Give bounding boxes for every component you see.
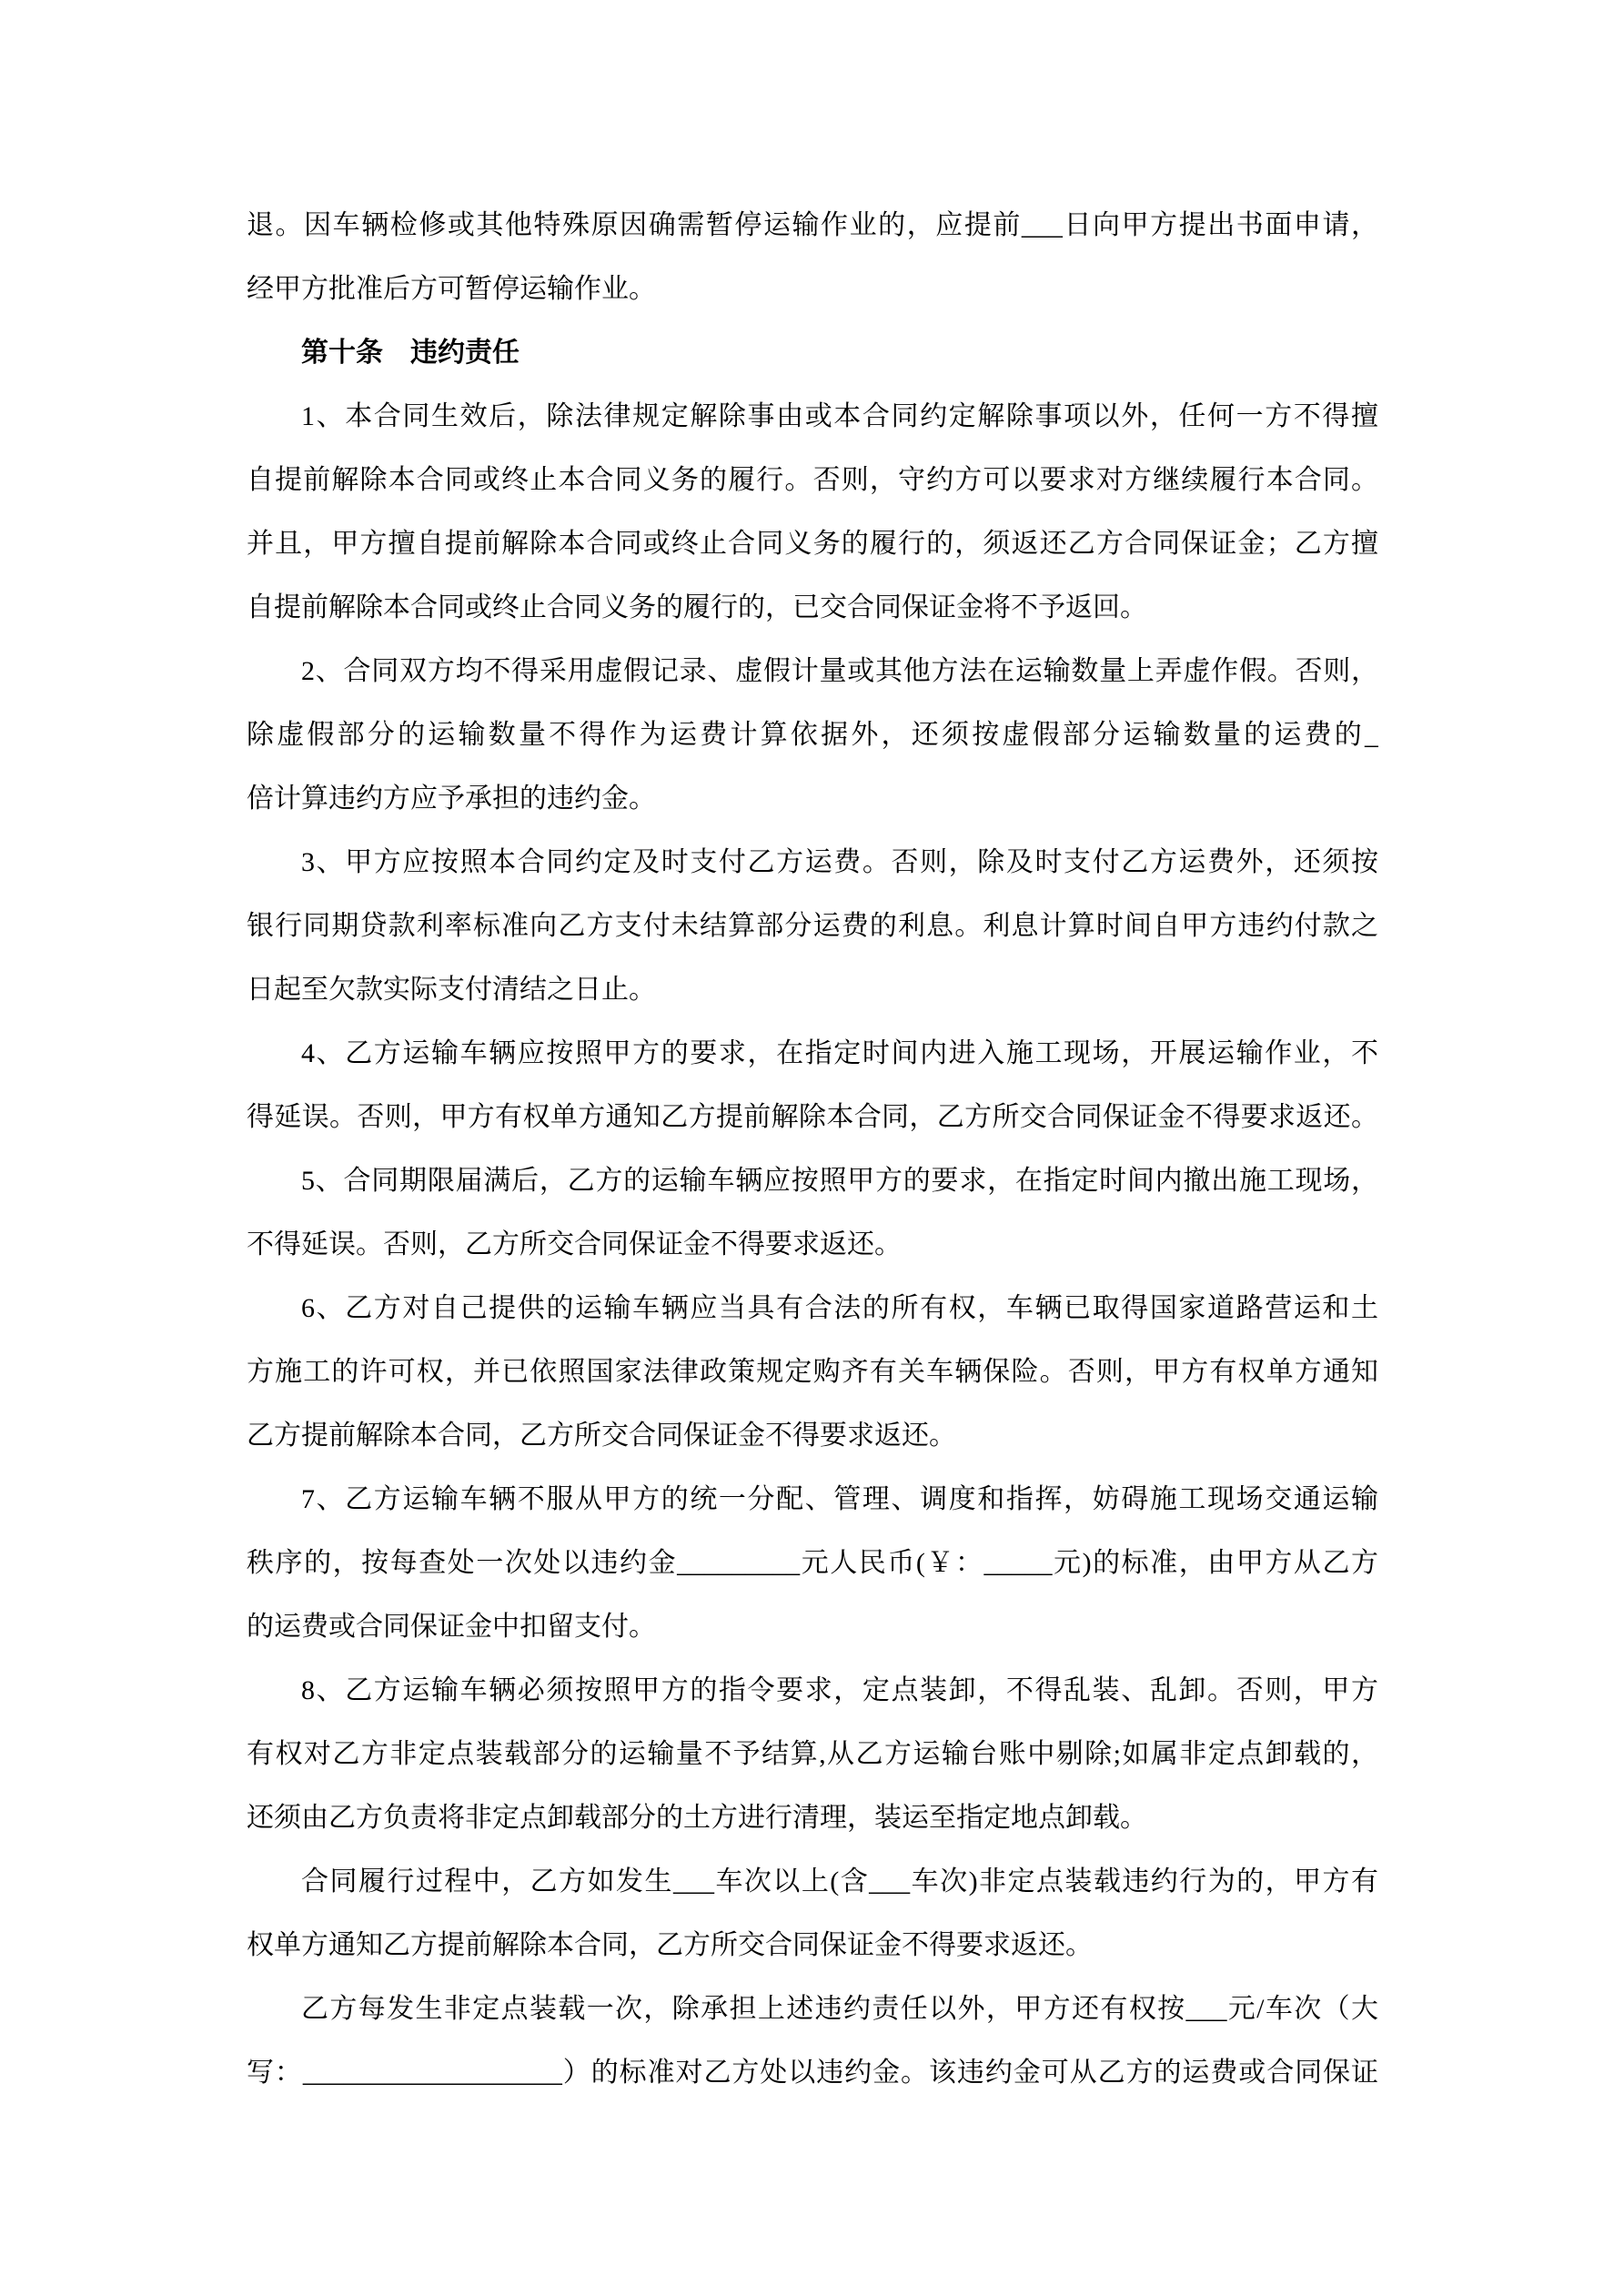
contract-page: 退。因车辆检修或其他特殊原因确需暂停运输作业的，应提前___日向甲方提出书面申请… [0, 0, 1624, 2296]
contract-line: 2、合同双方均不得采用虚假记录、虚假计量或其他方法在运输数量上弄虚作假。否则， [247, 640, 1378, 703]
contract-line: 4、乙方运输车辆应按照甲方的要求，在指定时间内进入施工现场，开展运输作业，不 [247, 1022, 1378, 1086]
contract-line: 自提前解除本合同或终止合同义务的履行的，已交合同保证金将不予返回。 [247, 576, 1378, 640]
contract-line: 6、乙方对自己提供的运输车辆应当具有合法的所有权，车辆已取得国家道路营运和土 [247, 1277, 1378, 1340]
contract-line: 倍计算违约方应予承担的违约金。 [247, 767, 1378, 831]
contract-line: 的运费或合同保证金中扣留支付。 [247, 1595, 1378, 1659]
contract-line: 5、合同期限届满后，乙方的运输车辆应按照甲方的要求，在指定时间内撤出施工现场， [247, 1149, 1378, 1213]
section-heading: 第十条 违约责任 [247, 321, 1378, 385]
contract-line: 3、甲方应按照本合同约定及时支付乙方运费。否则，除及时支付乙方运费外，还须按 [247, 831, 1378, 895]
contract-line: 不得延误。否则，乙方所交合同保证金不得要求返还。 [247, 1213, 1378, 1277]
contract-line: 退。因车辆检修或其他特殊原因确需暂停运输作业的，应提前___日向甲方提出书面申请… [247, 194, 1378, 258]
contract-line: 经甲方批准后方可暂停运输作业。 [247, 258, 1378, 321]
contract-line: 并且，甲方擅自提前解除本合同或终止合同义务的履行的，须返还乙方合同保证金；乙方擅 [247, 512, 1378, 576]
contract-line: 有权对乙方非定点装载部分的运输量不予结算,从乙方运输台账中剔除;如属非定点卸载的… [247, 1723, 1378, 1786]
contract-line: 1、本合同生效后，除法律规定解除事由或本合同约定解除事项以外，任何一方不得擅 [247, 385, 1378, 449]
contract-line: 秩序的，按每查处一次处以违约金_________元人民币(￥：_____元)的标… [247, 1532, 1378, 1595]
contract-line: 还须由乙方负责将非定点卸载部分的土方进行清理，装运至指定地点卸载。 [247, 1786, 1378, 1850]
contract-line: 写：___________________）的标准对乙方处以违约金。该违约金可从… [247, 2041, 1378, 2105]
contract-line: 乙方每发生非定点装载一次，除承担上述违约责任以外，甲方还有权按___元/车次（大 [247, 1977, 1378, 2041]
contract-text: 退。因车辆检修或其他特殊原因确需暂停运输作业的，应提前___日向甲方提出书面申请… [247, 194, 1378, 2105]
contract-line: 7、乙方运输车辆不服从甲方的统一分配、管理、调度和指挥，妨碍施工现场交通运输 [247, 1468, 1378, 1532]
contract-line: 方施工的许可权，并已依照国家法律政策规定购齐有关车辆保险。否则，甲方有权单方通知 [247, 1340, 1378, 1404]
contract-line: 乙方提前解除本合同，乙方所交合同保证金不得要求返还。 [247, 1404, 1378, 1468]
contract-line: 8、乙方运输车辆必须按照甲方的指令要求，定点装卸，不得乱装、乱卸。否则，甲方 [247, 1659, 1378, 1723]
contract-line: 自提前解除本合同或终止本合同义务的履行。否则，守约方可以要求对方继续履行本合同。 [247, 449, 1378, 512]
contract-line: 得延误。否则，甲方有权单方通知乙方提前解除本合同，乙方所交合同保证金不得要求返还… [247, 1086, 1378, 1149]
contract-line: 权单方通知乙方提前解除本合同，乙方所交合同保证金不得要求返还。 [247, 1914, 1378, 1977]
contract-line: 银行同期贷款利率标准向乙方支付未结算部分运费的利息。利息计算时间自甲方违约付款之 [247, 895, 1378, 958]
contract-line: 日起至欠款实际支付清结之日止。 [247, 958, 1378, 1022]
contract-line: 除虚假部分的运输数量不得作为运费计算依据外，还须按虚假部分运输数量的运费的_ [247, 703, 1378, 767]
contract-line: 合同履行过程中，乙方如发生___车次以上(含___车次)非定点装载违约行为的，甲… [247, 1850, 1378, 1914]
